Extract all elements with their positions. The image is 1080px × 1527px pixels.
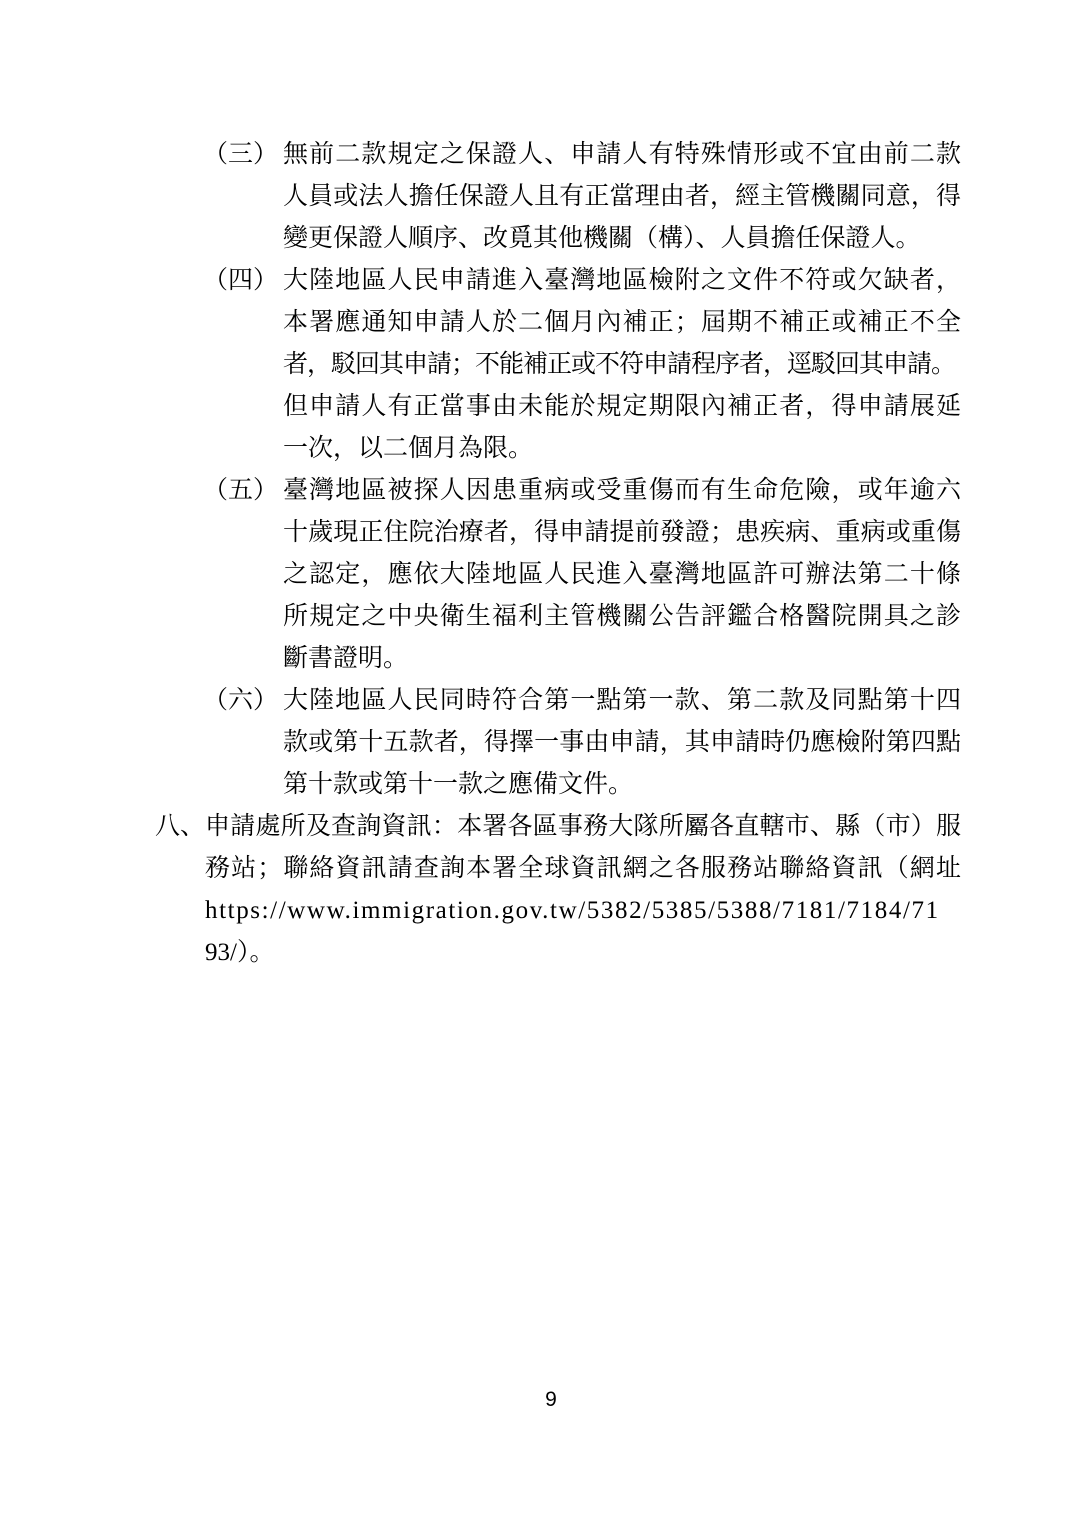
text-line: 斷書證明。 <box>283 638 961 680</box>
list-item-3: （三） 無前二款規定之保證人、申請人有特殊情形或不宜由前二款 人員或法人擔任保證… <box>155 134 961 260</box>
list-item-4: （四） 大陸地區人民申請進入臺灣地區檢附之文件不符或欠缺者， 本署應通知申請人於… <box>155 260 961 470</box>
text-line: 變更保證人順序、改覓其他機關（構）、人員擔任保證人。 <box>283 218 961 260</box>
list-item-5: （五） 臺灣地區被探人因患重病或受重傷而有生命危險，或年逾六 十歲現正住院治療者… <box>155 470 961 680</box>
item-6-body: 大陸地區人民同時符合第一點第一款、第二款及同點第十四 款或第十五款者，得擇一事由… <box>283 680 961 806</box>
document-body: （三） 無前二款規定之保證人、申請人有特殊情形或不宜由前二款 人員或法人擔任保證… <box>155 134 961 974</box>
document-page: （三） 無前二款規定之保證人、申請人有特殊情形或不宜由前二款 人員或法人擔任保證… <box>0 0 1080 1527</box>
item-8-body: 申請處所及查詢資訊：本署各區事務大隊所屬各直轄市、縣（市）服 務站；聯絡資訊請查… <box>205 806 961 974</box>
text-line: 大陸地區人民同時符合第一點第一款、第二款及同點第十四 <box>283 680 961 722</box>
text-line: 所規定之中央衛生福利主管機關公告評鑑合格醫院開具之診 <box>283 596 961 638</box>
text-line: 務站；聯絡資訊請查詢本署全球資訊網之各服務站聯絡資訊（網址 <box>205 848 961 890</box>
text-line: 十歲現正住院治療者，得申請提前發證；患疾病、重病或重傷 <box>283 512 961 554</box>
text-line: 人員或法人擔任保證人且有正當理由者，經主管機關同意，得 <box>283 176 961 218</box>
text-line: 無前二款規定之保證人、申請人有特殊情形或不宜由前二款 <box>283 134 961 176</box>
text-line: 者，駁回其申請；不能補正或不符申請程序者，逕駁回其申請。 <box>283 344 961 386</box>
list-item-8: 八、 申請處所及查詢資訊：本署各區事務大隊所屬各直轄市、縣（市）服 務站；聯絡資… <box>155 806 961 974</box>
text-line: 但申請人有正當事由未能於規定期限內補正者，得申請展延 <box>283 386 961 428</box>
item-3-body: 無前二款規定之保證人、申請人有特殊情形或不宜由前二款 人員或法人擔任保證人且有正… <box>283 134 961 260</box>
item-8-marker: 八、 <box>155 806 205 848</box>
text-line: 一次，以二個月為限。 <box>283 428 961 470</box>
text-line: 第十款或第十一款之應備文件。 <box>283 764 961 806</box>
item-5-marker: （五） <box>203 470 283 512</box>
item-3-marker: （三） <box>203 134 283 176</box>
url-text-line: https://www.immigration.gov.tw/5382/5385… <box>205 890 961 932</box>
text-line: 本署應通知申請人於二個月內補正；屆期不補正或補正不全 <box>283 302 961 344</box>
text-line: 之認定，應依大陸地區人民進入臺灣地區許可辦法第二十條 <box>283 554 961 596</box>
text-line: 93/）。 <box>205 932 961 974</box>
text-line: 大陸地區人民申請進入臺灣地區檢附之文件不符或欠缺者， <box>283 260 961 302</box>
text-line: 臺灣地區被探人因患重病或受重傷而有生命危險，或年逾六 <box>283 470 961 512</box>
page-number: 9 <box>545 1386 557 1414</box>
text-line: 申請處所及查詢資訊：本署各區事務大隊所屬各直轄市、縣（市）服 <box>205 806 961 848</box>
item-4-body: 大陸地區人民申請進入臺灣地區檢附之文件不符或欠缺者， 本署應通知申請人於二個月內… <box>283 260 961 470</box>
item-5-body: 臺灣地區被探人因患重病或受重傷而有生命危險，或年逾六 十歲現正住院治療者，得申請… <box>283 470 961 680</box>
list-item-6: （六） 大陸地區人民同時符合第一點第一款、第二款及同點第十四 款或第十五款者，得… <box>155 680 961 806</box>
item-4-marker: （四） <box>203 260 283 302</box>
item-6-marker: （六） <box>203 680 283 722</box>
text-line: 款或第十五款者，得擇一事由申請，其申請時仍應檢附第四點 <box>283 722 961 764</box>
